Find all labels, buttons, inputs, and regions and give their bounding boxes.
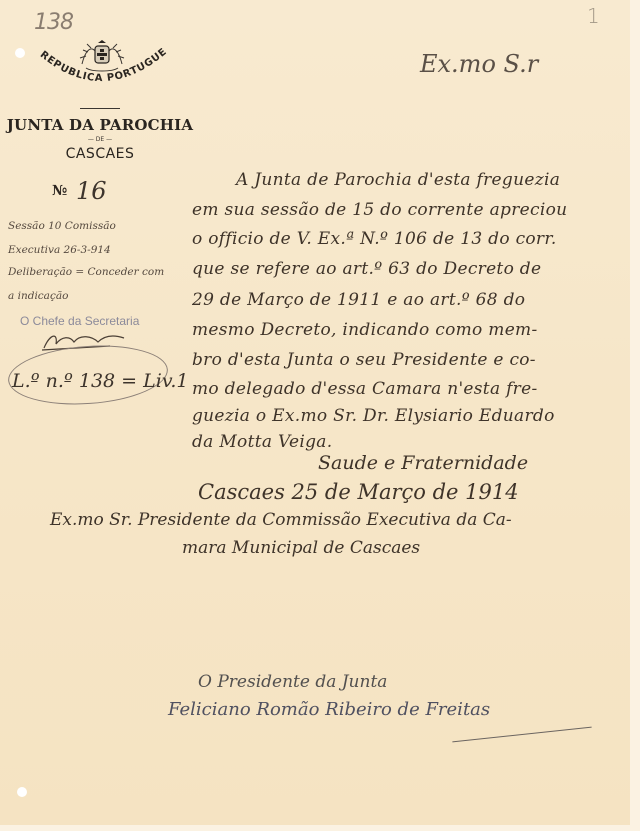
scan-edge-right (630, 0, 640, 831)
letterhead-divider (80, 108, 120, 109)
secretary-stamp: O Chefe da Secretaria (20, 314, 139, 328)
svg-text:REPUBLICA PORTUGUEZA: REPUBLICA PORTUGUEZA (28, 48, 169, 84)
body-line: mesmo Decreto, indicando como mem- (192, 320, 538, 340)
salutation: Ex.mo S.r (420, 50, 538, 78)
body-line: mo delegado d'essa Camara n'esta fre- (192, 379, 538, 399)
body-line: em sua sessão de 15 do corrente apreciou (192, 200, 567, 220)
filing-note: L.º n.º 138 = Liv.1 (12, 370, 188, 392)
reference-number: 16 (76, 177, 107, 205)
punch-hole (17, 787, 27, 797)
body-line: A Junta de Parochia d'esta freguezia (236, 170, 560, 190)
reference-label: № (52, 183, 67, 199)
body-line: bro d'esta Junta o seu Presidente e co- (192, 350, 536, 370)
page-number: 1 (587, 4, 600, 28)
letterhead-connector: — DE — (0, 136, 200, 143)
folio-number: 138 (34, 10, 73, 35)
letterhead-title: JUNTA DA PAROCHIA (0, 116, 200, 134)
margin-note-deliberation: Deliberação = Conceder com (8, 266, 164, 278)
signatory-title: O Presidente da Junta (198, 672, 387, 692)
closing: Saude e Fraternidade (318, 452, 528, 474)
scan-edge-bottom (0, 825, 640, 831)
addressee-line: mara Municipal de Cascaes (182, 538, 420, 558)
arc-title: REPUBLICA PORTUGUEZA (28, 48, 178, 108)
letter-page: 138 1 REPUBLICA PORTUGUEZA JUNTA DA PARO… (0, 0, 640, 831)
addressee-line: Ex.mo Sr. Presidente da Commissão Execut… (50, 510, 512, 530)
body-line: o officio de V. Ex.ª N.º 106 de 13 do co… (192, 229, 557, 249)
letterhead-place: CASCAES (0, 146, 200, 162)
dateline: Cascaes 25 de Março de 1914 (198, 480, 519, 504)
margin-note-indication: a indicação (8, 290, 68, 302)
signatory-name: Feliciano Romão Ribeiro de Freitas (168, 699, 490, 720)
signature-underline (452, 727, 591, 743)
body-line: que se refere ao art.º 63 do Decreto de (192, 259, 541, 279)
margin-note-session: Sessão 10 Comissão Executiva 26-3-914 (8, 214, 156, 262)
punch-hole (15, 48, 25, 58)
body-line: guezia o Ex.mo Sr. Dr. Elysiario Eduardo (192, 406, 555, 426)
body-line: da Motta Veiga. (192, 432, 332, 452)
body-line: 29 de Março de 1911 e ao art.º 68 do (192, 290, 525, 310)
